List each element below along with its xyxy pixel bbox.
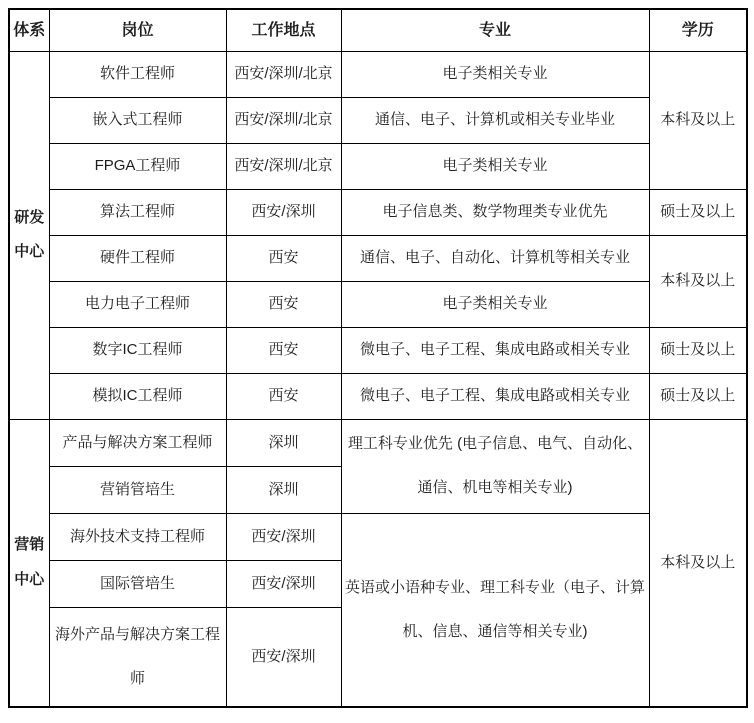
- cell-position: FPGA工程师: [49, 143, 226, 189]
- cell-location: 西安/深圳/北京: [226, 51, 341, 97]
- table-row: 嵌入式工程师 西安/深圳/北京 通信、电子、计算机或相关专业毕业: [9, 97, 747, 143]
- header-major: 专业: [341, 9, 649, 51]
- header-position: 岗位: [49, 9, 226, 51]
- cell-position: 嵌入式工程师: [49, 97, 226, 143]
- table-row: 电力电子工程师 西安 电子类相关专业: [9, 281, 747, 327]
- table-row: 模拟IC工程师 西安 微电子、电子工程、集成电路或相关专业 硕士及以上: [9, 373, 747, 419]
- header-location: 工作地点: [226, 9, 341, 51]
- cell-major: 微电子、电子工程、集成电路或相关专业: [341, 373, 649, 419]
- cell-major: 电子类相关专业: [341, 281, 649, 327]
- table-row: 硬件工程师 西安 通信、电子、自动化、计算机等相关专业 本科及以上: [9, 235, 747, 281]
- header-system: 体系: [9, 9, 49, 51]
- cell-location: 深圳: [226, 419, 341, 466]
- cell-education: 硕士及以上: [649, 189, 747, 235]
- table-row: 数字IC工程师 西安 微电子、电子工程、集成电路或相关专业 硕士及以上: [9, 327, 747, 373]
- cell-major: 电子类相关专业: [341, 51, 649, 97]
- cell-position: 软件工程师: [49, 51, 226, 97]
- cell-position: 硬件工程师: [49, 235, 226, 281]
- cell-location: 西安/深圳/北京: [226, 143, 341, 189]
- cell-education: 硕士及以上: [649, 373, 747, 419]
- table-row: 算法工程师 西安/深圳 电子信息类、数学物理类专业优先 硕士及以上: [9, 189, 747, 235]
- cell-location: 西安: [226, 327, 341, 373]
- cell-major: 英语或小语种专业、理工科专业（电子、计算机、信息、通信等相关专业): [341, 513, 649, 707]
- cell-location: 西安: [226, 235, 341, 281]
- cell-education: 本科及以上: [649, 51, 747, 189]
- cell-position: 算法工程师: [49, 189, 226, 235]
- cell-education: 本科及以上: [649, 235, 747, 327]
- cell-position: 模拟IC工程师: [49, 373, 226, 419]
- cell-location: 西安/深圳: [226, 189, 341, 235]
- cell-major: 通信、电子、计算机或相关专业毕业: [341, 97, 649, 143]
- header-education: 学历: [649, 9, 747, 51]
- recruitment-table: 体系 岗位 工作地点 专业 学历 研发中心 软件工程师 西安/深圳/北京 电子类…: [8, 8, 748, 708]
- cell-location: 西安: [226, 373, 341, 419]
- cell-position: 国际管培生: [49, 560, 226, 607]
- cell-position: 海外产品与解决方案工程师: [49, 607, 226, 707]
- cell-position: 数字IC工程师: [49, 327, 226, 373]
- section-label-marketing-center: 营销中心: [9, 419, 49, 707]
- cell-major: 微电子、电子工程、集成电路或相关专业: [341, 327, 649, 373]
- cell-education: 硕士及以上: [649, 327, 747, 373]
- cell-position: 电力电子工程师: [49, 281, 226, 327]
- cell-major: 电子类相关专业: [341, 143, 649, 189]
- cell-position: 营销管培生: [49, 466, 226, 513]
- table-row: 研发中心 软件工程师 西安/深圳/北京 电子类相关专业 本科及以上: [9, 51, 747, 97]
- cell-location: 西安: [226, 281, 341, 327]
- cell-position: 产品与解决方案工程师: [49, 419, 226, 466]
- cell-location: 西安/深圳: [226, 607, 341, 707]
- table-row: 海外技术支持工程师 西安/深圳 英语或小语种专业、理工科专业（电子、计算机、信息…: [9, 513, 747, 560]
- cell-major: 通信、电子、自动化、计算机等相关专业: [341, 235, 649, 281]
- table-row: 营销中心 产品与解决方案工程师 深圳 理工科专业优先 (电子信息、电气、自动化、…: [9, 419, 747, 466]
- cell-location: 西安/深圳: [226, 513, 341, 560]
- cell-location: 深圳: [226, 466, 341, 513]
- table-row: FPGA工程师 西安/深圳/北京 电子类相关专业: [9, 143, 747, 189]
- cell-location: 西安/深圳: [226, 560, 341, 607]
- section-label-rd-center: 研发中心: [9, 51, 49, 419]
- cell-major: 电子信息类、数学物理类专业优先: [341, 189, 649, 235]
- cell-location: 西安/深圳/北京: [226, 97, 341, 143]
- header-row: 体系 岗位 工作地点 专业 学历: [9, 9, 747, 51]
- cell-education: 本科及以上: [649, 419, 747, 707]
- page: 体系 岗位 工作地点 专业 学历 研发中心 软件工程师 西安/深圳/北京 电子类…: [0, 0, 754, 723]
- cell-major: 理工科专业优先 (电子信息、电气、自动化、通信、机电等相关专业): [341, 419, 649, 513]
- cell-position: 海外技术支持工程师: [49, 513, 226, 560]
